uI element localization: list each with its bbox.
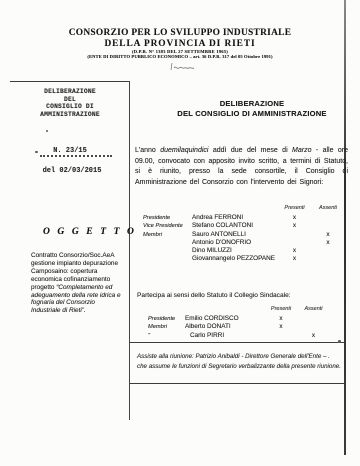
name-cell: Dino MILUZZI [192,247,278,255]
name-cell: Sauro ANTONELLI [192,231,278,239]
name-cell: Giovannangelo PEZZOPANE [192,255,278,263]
role-cell: Membri [148,323,185,331]
role-cell [143,247,192,255]
scan-speck [338,340,341,343]
presenti-cell: x [278,222,311,230]
main-title-line1: DELIBERAZIONE [152,99,352,109]
deliberation-date: del 02/03/2015 [14,167,130,175]
oggetto-text: Contratto Consorzio/Soc.AeA gestione imp… [31,252,124,315]
scan-speck [35,151,38,153]
note-box-top-rule [129,342,345,343]
deliberation-number: N. 23/15 [12,147,128,155]
left-column-top-rule [10,81,129,82]
table-header-assenti: Assenti [297,305,330,315]
assenti-cell: x [311,239,345,247]
intro-paragraph: L'anno duemilaquindici addì due del mese… [135,146,348,188]
letterhead: CONSORZIO PER LO SVILUPPO INDUSTRIALE DE… [4,28,356,60]
presenti-cell: x [265,323,297,331]
assenti-cell [297,323,330,331]
table-header-presenti: Presenti [278,204,311,214]
presenti-cell: x [265,315,297,323]
doc-type-line: AMMINISTRAZIONE [12,111,128,119]
role-cell: Vice Presidente [143,222,192,230]
spacer [192,204,278,214]
presenti-cell: x [278,214,311,222]
squiggle-mark [168,61,198,73]
org-name-line2: DELLA PROVINCIA DI RIETI [4,39,356,49]
attendance-note-line1: Assiste alla riunione: Patrizio Anibaldi… [137,352,345,362]
intro-seg: addì due del mese di [208,147,292,154]
presenti-cell: x [278,255,311,263]
presenti-cell [278,231,311,239]
doc-type-label: DELIBERAZIONE DEL CONSIGLIO DI AMMINISTR… [12,88,128,119]
presenti-cell [265,332,297,340]
assenti-cell [311,214,345,222]
name-cell: Alberto DONATI [185,323,265,331]
table-header-presenti: Presenti [265,305,297,315]
name-cell: Stefano COLANTONI [192,222,278,230]
document-page: CONSORZIO PER LO SVILUPPO INDUSTRIALE DE… [0,0,360,466]
role-cell [143,255,192,263]
spacer [148,305,185,315]
column-divider-rule [129,81,130,420]
table-header-assenti: Assenti [311,204,345,214]
intro-year-italic: duemilaquindici [160,147,208,154]
oggetto-heading: O G G E T T O [43,227,136,237]
name-cell: Carlo PIRRI [185,332,265,340]
attendance-note-line2: che assume le funzioni di Segretario ver… [137,362,345,372]
assenti-cell [297,315,330,323]
note-box-bottom-rule [129,383,345,384]
ente-reference: (ENTE DI DIRITTO PUBBLICO ECONOMICO – ar… [4,54,356,60]
main-title-line2: DEL CONSIGLIO DI AMMINISTRAZIONE [152,109,352,119]
role-cell [143,239,192,247]
spacer [143,204,192,214]
intro-seg: L'anno [135,147,160,154]
board-attendance-table: Presenti Assenti Presidente Andrea FERRO… [143,204,345,263]
assenti-cell [311,222,345,230]
presenti-cell [278,239,311,247]
doc-type-line: CONSIGLIO DI [12,103,128,111]
role-cell: Membri [143,231,192,239]
role-cell: Presidente [143,214,192,222]
intro-month-italic: Marzo [292,147,311,154]
assenti-cell: x [311,231,345,239]
assenti-cell: x [297,332,330,340]
presenti-cell: x [278,247,311,255]
scan-speck [46,130,48,132]
collegio-intro: Partecipa ai sensi dello Statuto il Coll… [137,292,291,299]
assenti-cell [311,247,345,255]
org-name-line1: CONSORZIO PER LO SVILUPPO INDUSTRIALE [4,28,356,39]
role-cell: Presidente [148,315,185,323]
name-cell: Antonio D'ONOFRIO [192,239,278,247]
main-title: DELIBERAZIONE DEL CONSIGLIO DI AMMINISTR… [152,99,352,118]
spacer [185,305,265,315]
role-cell: " [148,332,185,340]
collegio-attendance-table: Presenti Assenti Presidente Emilio CORDI… [148,305,330,340]
assenti-cell [311,255,345,263]
doc-type-line: DELIBERAZIONE [12,88,128,96]
attendance-note: Assiste alla riunione: Patrizio Anibaldi… [137,352,345,372]
number-underline [40,155,112,157]
